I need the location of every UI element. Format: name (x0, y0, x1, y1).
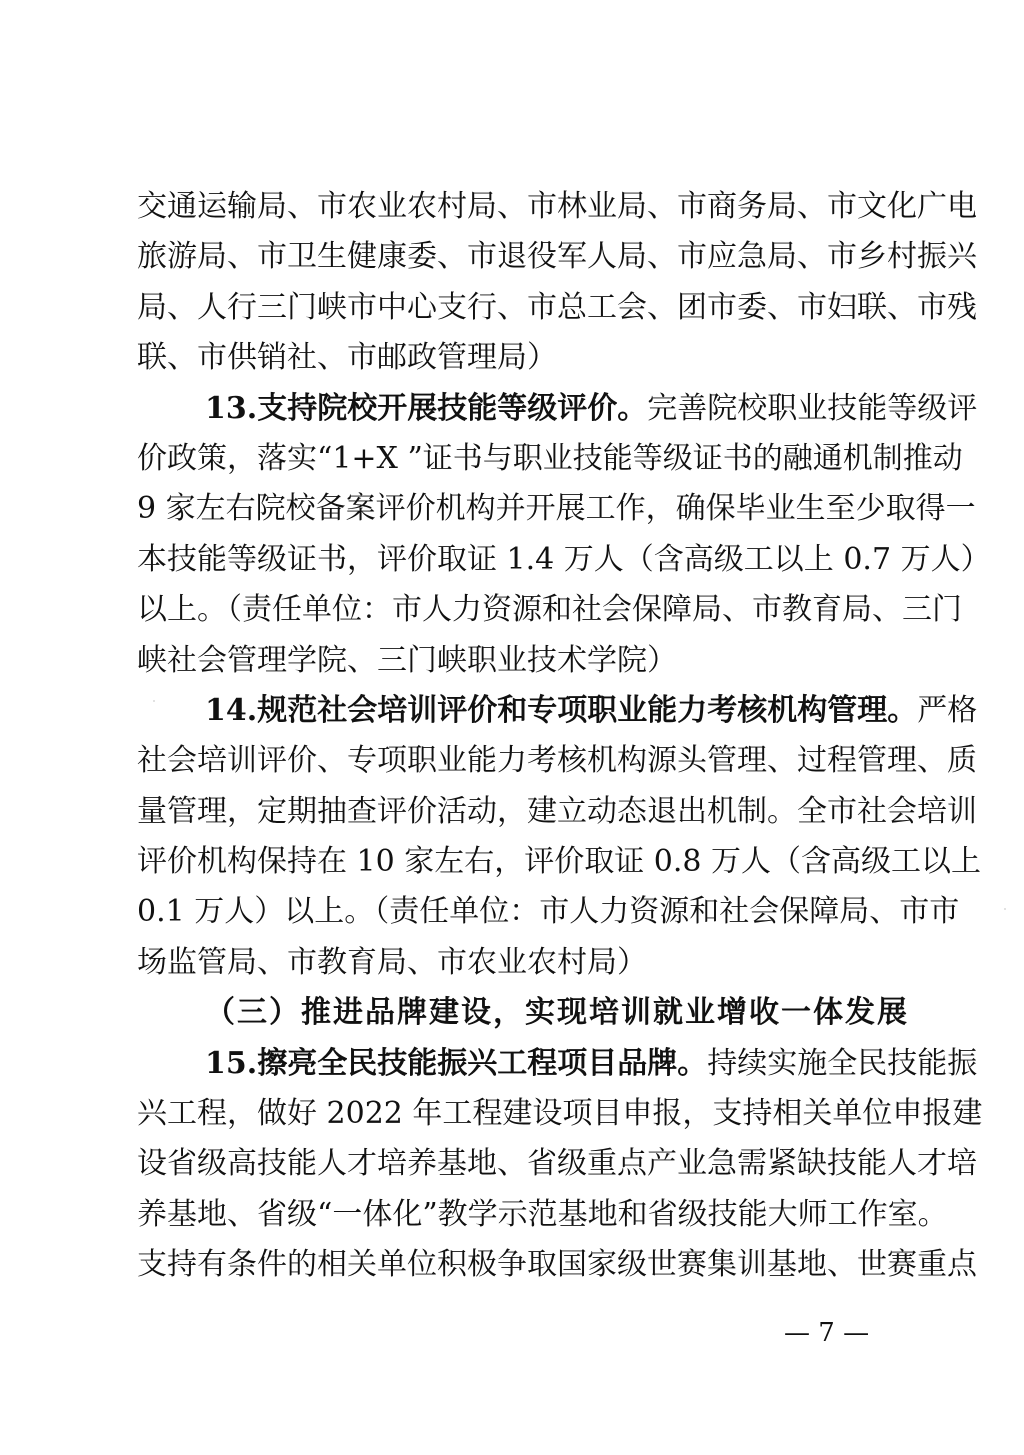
paragraph-line: 量管理，定期抽查评价活动，建立动态退出机制。全市社会培训 (137, 787, 897, 837)
item-15-first-line: 15.擦亮全民技能振兴工程项目品牌。持续实施全民技能振 (137, 1039, 897, 1089)
page-number: — 7 — (784, 1318, 869, 1348)
paragraph-line: 联、市供销社、市邮政管理局） (137, 333, 897, 383)
line-text: 兴工程，做好 2022 年工程建设项目申报，支持相关单位申报建 (137, 1096, 982, 1131)
item-13-heading: 13.支持院校开展技能等级评价。 (205, 391, 647, 426)
paragraph-line: 局、人行三门峡市中心支行、市总工会、团市委、市妇联、市残 (137, 283, 897, 333)
line-text: 持续实施全民技能振 (707, 1046, 977, 1081)
paragraph-line: 支持有条件的相关单位积极争取国家级世赛集训基地、世赛重点 (137, 1240, 897, 1290)
line-text: 量管理，定期抽查评价活动，建立动态退出机制。全市社会培训 (137, 794, 977, 829)
section-heading: （三）推进品牌建设，实现培训就业增收一体发展 (137, 988, 897, 1038)
paragraph-line: 养基地、省级“一体化”教学示范基地和省级技能大师工作室。 (137, 1190, 897, 1240)
paragraph-line: 以上。（责任单位：市人力资源和社会保障局、市教育局、三门 (137, 585, 897, 635)
item-15-heading: 15.擦亮全民技能振兴工程项目品牌。 (205, 1046, 707, 1081)
paragraph-line: 旅游局、市卫生健康委、市退役军人局、市应急局、市乡村振兴 (137, 232, 897, 282)
line-text: 局、人行三门峡市中心支行、市总工会、团市委、市妇联、市残 (137, 290, 977, 325)
paragraph-line: 兴工程，做好 2022 年工程建设项目申报，支持相关单位申报建 (137, 1089, 897, 1139)
line-text: 0.1 万人）以上。（责任单位：市人力资源和社会保障局、市市 (137, 894, 959, 929)
paragraph-line: 本技能等级证书，评价取证 1.4 万人（含高级工以上 0.7 万人） (137, 535, 897, 585)
line-text: 以上。（责任单位：市人力资源和社会保障局、市教育局、三门 (137, 592, 962, 627)
line-text: 评价机构保持在 10 家左右，评价取证 0.8 万人（含高级工以上 (137, 844, 981, 879)
line-text: 旅游局、市卫生健康委、市退役军人局、市应急局、市乡村振兴 (137, 239, 977, 274)
line-text: 养基地、省级“一体化”教学示范基地和省级技能大师工作室。 (137, 1197, 948, 1232)
line-text: 价政策，落实“1+X ”证书与职业技能等级证书的融通机制推动 (137, 441, 963, 476)
line-text: 联、市供销社、市邮政管理局） (137, 340, 557, 375)
line-text: 9 家左右院校备案评价机构并开展工作，确保毕业生至少取得一 (137, 491, 976, 526)
paragraph-line: 9 家左右院校备案评价机构并开展工作，确保毕业生至少取得一 (137, 484, 897, 534)
paragraph-line: 场监管局、市教育局、市农业农村局） (137, 938, 897, 988)
paragraph-line: 设省级高技能人才培养基地、省级重点产业急需紧缺技能人才培 (137, 1139, 897, 1189)
line-text: 交通运输局、市农业农村局、市林业局、市商务局、市文化广电 (137, 189, 977, 224)
body-text: 交通运输局、市农业农村局、市林业局、市商务局、市文化广电 旅游局、市卫生健康委、… (137, 182, 897, 1291)
item-14-heading: 14.规范社会培训评价和专项职业能力考核机构管理。 (205, 693, 917, 728)
line-text: 完善院校职业技能等级评 (647, 391, 977, 426)
section-heading-text: （三）推进品牌建设，实现培训就业增收一体发展 (205, 995, 909, 1030)
item-14-first-line: 14.规范社会培训评价和专项职业能力考核机构管理。严格 (137, 686, 897, 736)
paragraph-line: 交通运输局、市农业农村局、市林业局、市商务局、市文化广电 (137, 182, 897, 232)
paragraph-line: 价政策，落实“1+X ”证书与职业技能等级证书的融通机制推动 (137, 434, 897, 484)
paragraph-line: 0.1 万人）以上。（责任单位：市人力资源和社会保障局、市市 (137, 887, 897, 937)
line-text: 严格 (917, 693, 977, 728)
scan-speck (1004, 908, 1006, 910)
paragraph-line: 社会培训评价、专项职业能力考核机构源头管理、过程管理、质 (137, 736, 897, 786)
paragraph-line: 峡社会管理学院、三门峡职业技术学院） (137, 636, 897, 686)
paragraph-line: 评价机构保持在 10 家左右，评价取证 0.8 万人（含高级工以上 (137, 837, 897, 887)
scan-speck (153, 700, 155, 702)
line-text: 社会培训评价、专项职业能力考核机构源头管理、过程管理、质 (137, 743, 977, 778)
document-page: 交通运输局、市农业农村局、市林业局、市商务局、市文化广电 旅游局、市卫生健康委、… (0, 0, 1024, 1455)
line-text: 设省级高技能人才培养基地、省级重点产业急需紧缺技能人才培 (137, 1146, 977, 1181)
line-text: 支持有条件的相关单位积极争取国家级世赛集训基地、世赛重点 (137, 1247, 977, 1282)
line-text: 峡社会管理学院、三门峡职业技术学院） (137, 643, 677, 678)
line-text: 场监管局、市教育局、市农业农村局） (137, 945, 647, 980)
item-13-first-line: 13.支持院校开展技能等级评价。完善院校职业技能等级评 (137, 384, 897, 434)
line-text: 本技能等级证书，评价取证 1.4 万人（含高级工以上 0.7 万人） (137, 542, 991, 577)
